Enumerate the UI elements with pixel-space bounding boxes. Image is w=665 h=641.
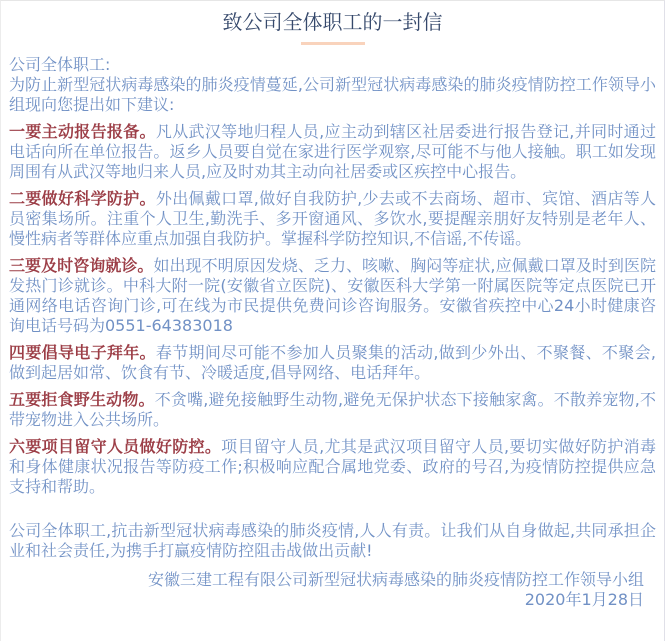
signature-date: 2020年1月28日 <box>9 590 644 610</box>
section-2-heading: 二要做好科学防护。 <box>9 189 156 208</box>
letter-page: 致公司全体职工的一封信 公司全体职工: 为防止新型冠状病毒感染的肺炎疫情蔓延,公… <box>0 0 665 641</box>
section-3: 三要及时咨询就诊。如出现不明原因发烧、乏力、咳嗽、胸闷等症状,应佩戴口罩及时到医… <box>9 256 656 336</box>
section-3-heading: 三要及时咨询就诊。 <box>9 256 153 275</box>
intro-paragraph: 为防止新型冠状病毒感染的肺炎疫情蔓延,公司新型冠状病毒感染的肺炎疫情防控工作领导… <box>9 75 656 115</box>
section-5: 五要拒食野生动物。不贪嘴,避免接触野生动物,避免无保护状态下接触家禽。不散养宠物… <box>9 390 656 430</box>
letter-body: 公司全体职工: 为防止新型冠状病毒感染的肺炎疫情蔓延,公司新型冠状病毒感染的肺炎… <box>9 55 656 610</box>
section-4: 四要倡导电子拜年。春节期间尽可能不参加人员聚集的活动,做到少外出、不聚餐、不聚会… <box>9 343 656 383</box>
section-1-heading: 一要主动报告报备。 <box>9 122 156 141</box>
section-1: 一要主动报告报备。凡从武汉等地归程人员,应主动到辖区社居委进行报告登记,并同时通… <box>9 122 656 182</box>
section-5-heading: 五要拒食野生动物。 <box>9 390 155 409</box>
title-underline-bar <box>301 42 365 45</box>
signature-block: 安徽三建工程有限公司新型冠状病毒感染的肺炎疫情防控工作领导小组 2020年1月2… <box>9 570 656 610</box>
section-4-heading: 四要倡导电子拜年。 <box>9 343 156 362</box>
salutation: 公司全体职工: <box>9 55 656 75</box>
page-title: 致公司全体职工的一封信 <box>9 9 656 35</box>
section-2: 二要做好科学防护。外出佩戴口罩,做好自我防护,少去或不去商场、超市、宾馆、酒店等… <box>9 189 656 249</box>
signature-org: 安徽三建工程有限公司新型冠状病毒感染的肺炎疫情防控工作领导小组 <box>9 570 644 590</box>
closing-paragraph: 公司全体职工,抗击新型冠状病毒感染的肺炎疫情,人人有责。让我们从自身做起,共同承… <box>9 521 656 561</box>
section-6: 六要项目留守人员做好防控。项目留守人员,尤其是武汉项目留守人员,要切实做好防护消… <box>9 437 656 497</box>
section-6-heading: 六要项目留守人员做好防控。 <box>9 437 221 456</box>
